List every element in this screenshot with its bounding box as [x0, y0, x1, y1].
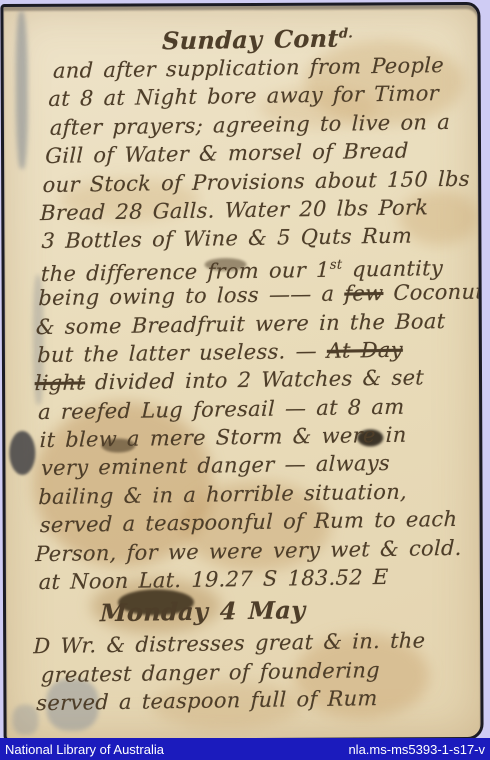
text-segment: d.	[339, 26, 354, 41]
struck-text: few	[344, 281, 384, 306]
text-segment: Person, for we were very wet & cold.	[35, 535, 462, 565]
text-segment: served a teaspoon full of Rum	[36, 686, 378, 715]
institution-label: National Library of Australia	[5, 742, 164, 757]
text-segment: & some Breadfruit were in the Boat	[36, 309, 446, 339]
journal-line: served a teaspoon full of Rum	[36, 683, 463, 718]
text-segment: at Noon Lat. 19.27 S 183.52 E	[38, 565, 388, 594]
manuscript-viewer: Sunday Contd.and after supplication from…	[0, 0, 490, 760]
text-segment: and after supplication from People	[53, 53, 444, 83]
text-segment: divided into 2 Watches & set	[85, 366, 424, 395]
footer-bar: National Library of Australia nla.ms-ms5…	[0, 738, 490, 760]
text-segment: very eminent danger — always	[41, 451, 390, 480]
text-segment: st	[330, 257, 343, 272]
text-segment: at 8 at Night bore away for Timor	[48, 82, 439, 112]
struck-text: At Day	[327, 338, 403, 363]
text-segment: served a teaspoonful of Rum to each	[40, 507, 458, 537]
text-segment: a reefed Lug foresail — at 8 am	[38, 394, 405, 423]
text-segment: Gill of Water & morsel of Bread	[45, 139, 409, 168]
text-segment: it blew a mere Storm & were in	[39, 423, 406, 452]
struck-text: light	[34, 371, 85, 396]
text-segment: bailing & in a horrible situation,	[38, 480, 407, 509]
text-segment: Monday 4 May	[100, 596, 306, 628]
text-segment: D Wr. & distresses great & in. the	[33, 629, 425, 659]
text-segment: after prayers; agreeing to live on a	[50, 110, 451, 140]
text-segment: Sunday Cont	[162, 24, 339, 56]
binding-streak	[15, 11, 28, 169]
text-segment: but the latter useless. —	[37, 339, 327, 367]
manuscript-page: Sunday Contd.and after supplication from…	[0, 2, 483, 742]
text-segment: greatest danger of foundering	[41, 658, 381, 687]
text-segment: being owing to loss —— a	[38, 282, 344, 311]
reference-label: nla.ms-ms5393-1-s17-v	[348, 742, 485, 757]
journal-heading: Monday 4 May	[100, 590, 465, 631]
text-segment: Bread 28 Galls. Water 20 lbs Pork	[40, 195, 429, 225]
text-segment: our Stock of Provisions about 150 lbs	[42, 166, 470, 196]
text-segment: 3 Bottles of Wine & 5 Quts Rum	[41, 224, 412, 254]
handwritten-text: Sunday Contd.and after supplication from…	[26, 15, 476, 718]
text-segment: Coconutts	[383, 279, 483, 305]
